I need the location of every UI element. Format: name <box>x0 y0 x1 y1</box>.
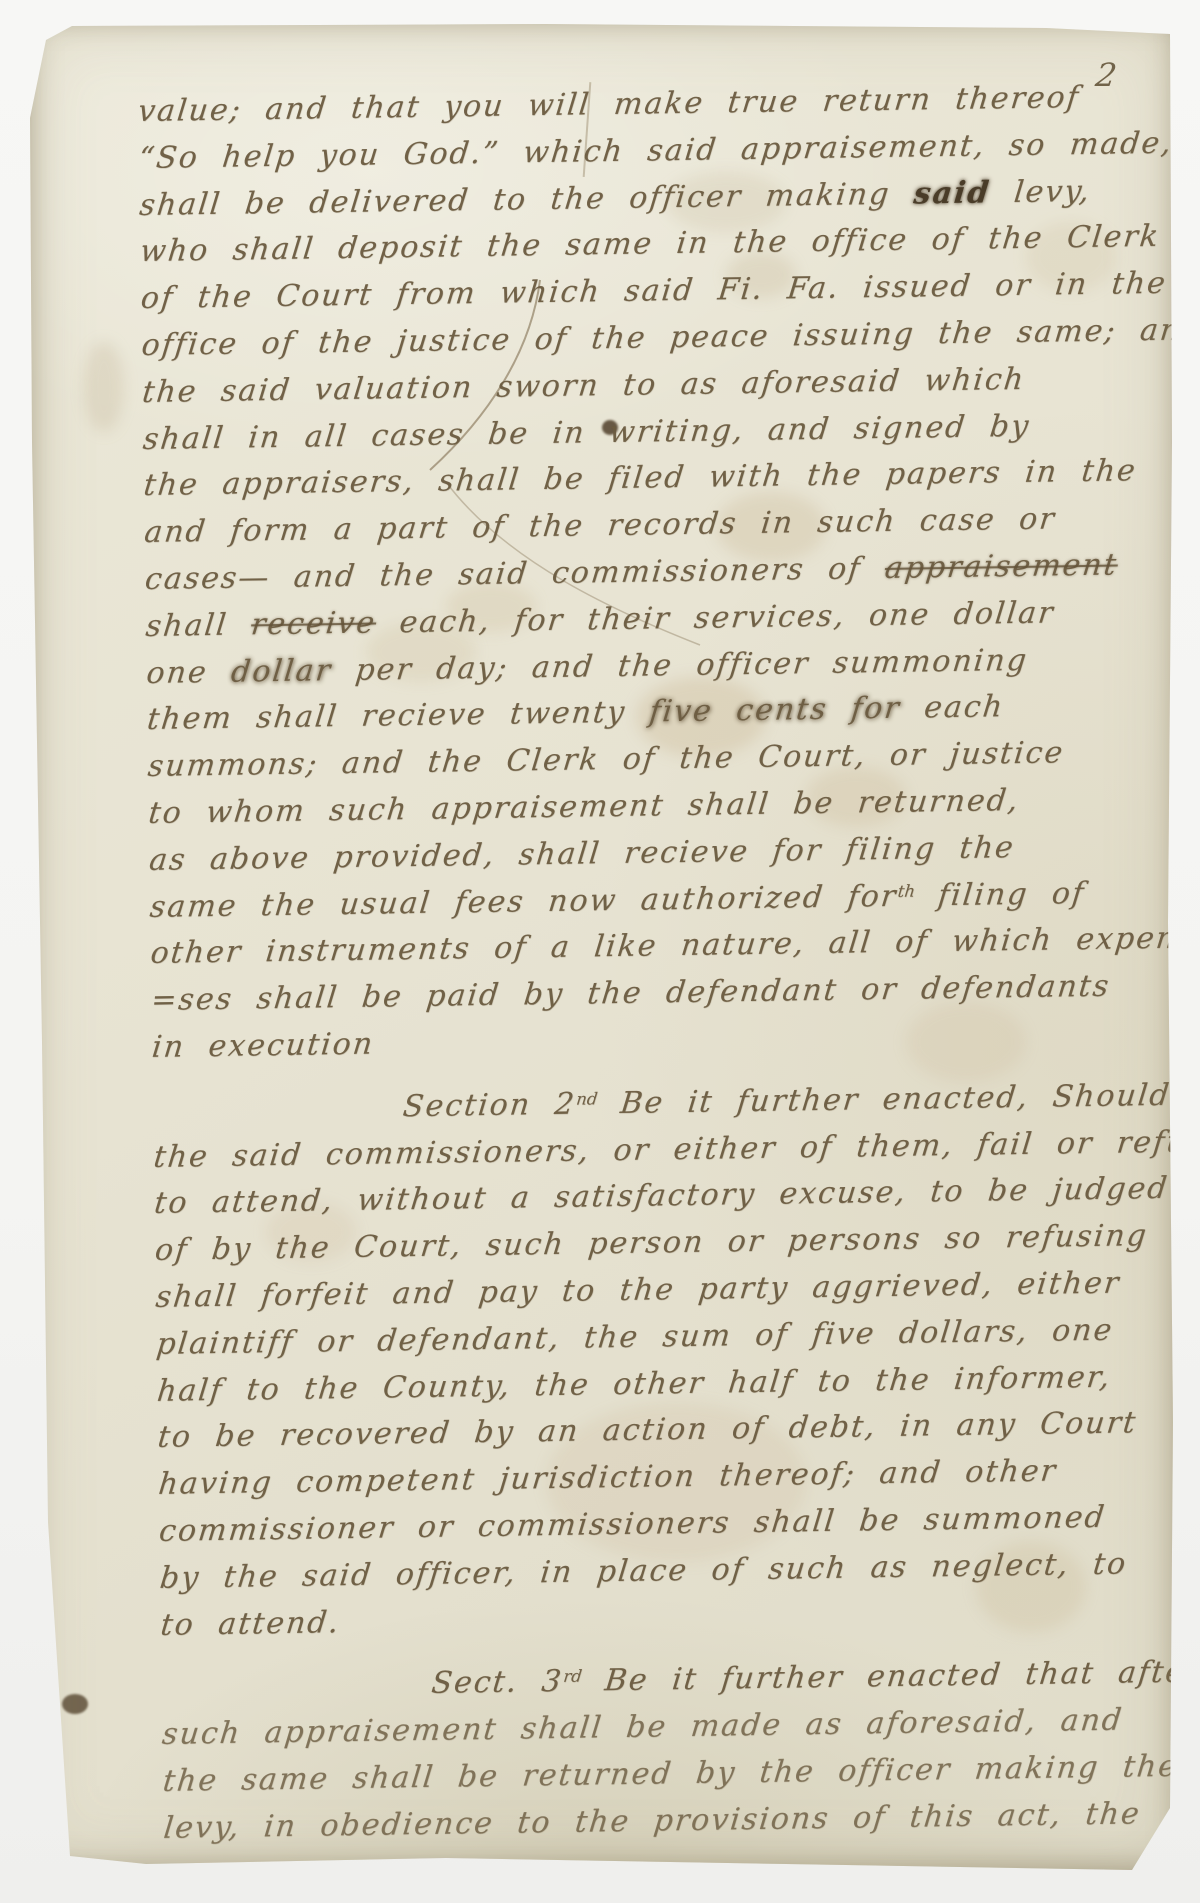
manuscript-text: Sect. 3rd Be it further enacted that aft… <box>430 1655 1200 1701</box>
manuscript-text: value; and that you will make true retur… <box>136 80 1081 129</box>
ink-blot <box>62 1694 88 1714</box>
manuscript: value; and that you will make true retur… <box>138 78 1200 1857</box>
manuscript-text: in execution <box>150 1027 376 1065</box>
document-page: 2 value; and that you will make true ret… <box>26 22 1174 1870</box>
paper-stain <box>84 342 124 432</box>
scanned-document: { "document": { "page_number": "2", "ink… <box>0 0 1200 1903</box>
manuscript-text: Section 2nd Be it further enacted, Shoul… <box>401 1077 1172 1123</box>
manuscript-text: to attend. <box>159 1605 342 1643</box>
